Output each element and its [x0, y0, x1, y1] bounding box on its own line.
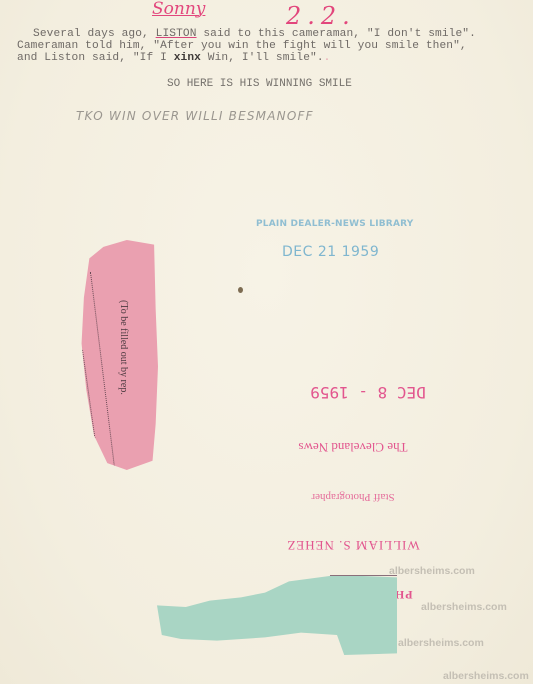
library-stamp-label: PLAIN DEALER-NEWS LIBRARY	[256, 219, 413, 229]
caption-text: Several days ago,	[33, 28, 156, 40]
watermark: albersheims.com	[398, 637, 484, 649]
struck-word: xinx	[174, 52, 201, 64]
caption-text: .	[324, 52, 331, 64]
stamp-date: DEC 8 - 1959	[258, 386, 448, 399]
pencil-note: TKO WIN OVER WILLI BESMANOFF	[76, 109, 314, 123]
stamp-line-paper: The Cleveland News	[258, 441, 448, 454]
photo-back-page: Sonny 2.2. Several days ago, LISTON said…	[0, 0, 533, 684]
handwritten-code: 2.2.	[286, 2, 356, 30]
watermark: albersheims.com	[389, 565, 475, 577]
tape-edge	[330, 575, 397, 576]
watermark: albersheims.com	[421, 601, 507, 613]
dotted-line	[90, 272, 115, 471]
caption-line-3: and Liston said, "If I xinx Win, I'll sm…	[17, 53, 330, 65]
caption-text: said to this cameraman, "I don't smile".	[197, 28, 476, 40]
paper-speck	[238, 287, 243, 293]
green-tape-residue	[157, 575, 397, 655]
caption-text: Win, I'll smile".	[201, 52, 324, 64]
handwritten-name: Sonny	[152, 0, 205, 19]
caption-text: and Liston said, "If I	[17, 52, 174, 64]
library-stamp-date: DEC 21 1959	[282, 244, 379, 260]
caption-line-1: Several days ago, LISTON said to this ca…	[33, 29, 476, 41]
caption-headline: SO HERE IS HIS WINNING SMILE	[167, 78, 352, 90]
pink-report-slip: (To be filled out by rep.	[80, 240, 158, 470]
stamp-line-title: Staff Photographer	[258, 490, 448, 503]
subject-name: LISTON	[156, 28, 197, 40]
watermark: albersheims.com	[443, 670, 529, 682]
stamp-line-name: WILLIAM S. NEHEZ	[258, 539, 448, 552]
slip-instruction: (To be filled out by rep.	[118, 300, 129, 395]
dotted-line	[82, 350, 96, 444]
caption-line-2: Cameraman told him, "After you win the f…	[17, 41, 467, 53]
